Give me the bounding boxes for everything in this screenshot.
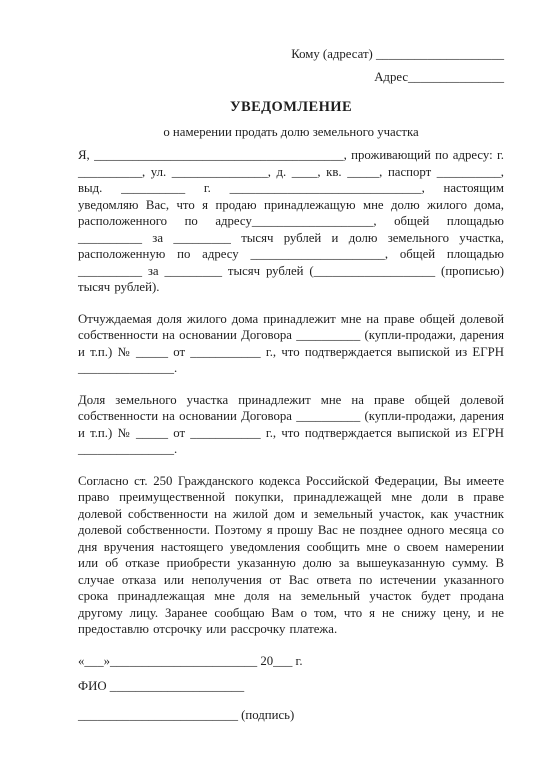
document-title: УВЕДОМЛЕНИЕ — [78, 98, 504, 116]
paragraph-preemption-right: Согласно ст. 250 Гражданского кодекса Ро… — [78, 473, 504, 638]
paragraph-land-share-ownership: Доля земельного участка принадлежит мне … — [78, 392, 504, 458]
recipient-line: Кому (адресат) ____________________ — [78, 46, 504, 63]
document-page: Кому (адресат) ____________________ Адре… — [0, 0, 543, 768]
paragraph-house-share-ownership: Отчуждаемая доля жилого дома принадлежит… — [78, 311, 504, 377]
name-line: ФИО _____________________ — [78, 678, 504, 695]
document-subtitle: о намерении продать долю земельного учас… — [78, 124, 504, 141]
date-line: «___»_______________________ 20___ г. — [78, 653, 504, 670]
signature-line: _________________________ (подпись) — [78, 707, 504, 724]
document-content: Кому (адресат) ____________________ Адре… — [0, 0, 543, 723]
document-footer: «___»_______________________ 20___ г. ФИ… — [78, 653, 504, 724]
paragraph-intro: Я, _____________________________________… — [78, 147, 504, 296]
document-header: Кому (адресат) ____________________ Адре… — [78, 46, 504, 86]
address-line: Адрес_______________ — [78, 69, 504, 86]
